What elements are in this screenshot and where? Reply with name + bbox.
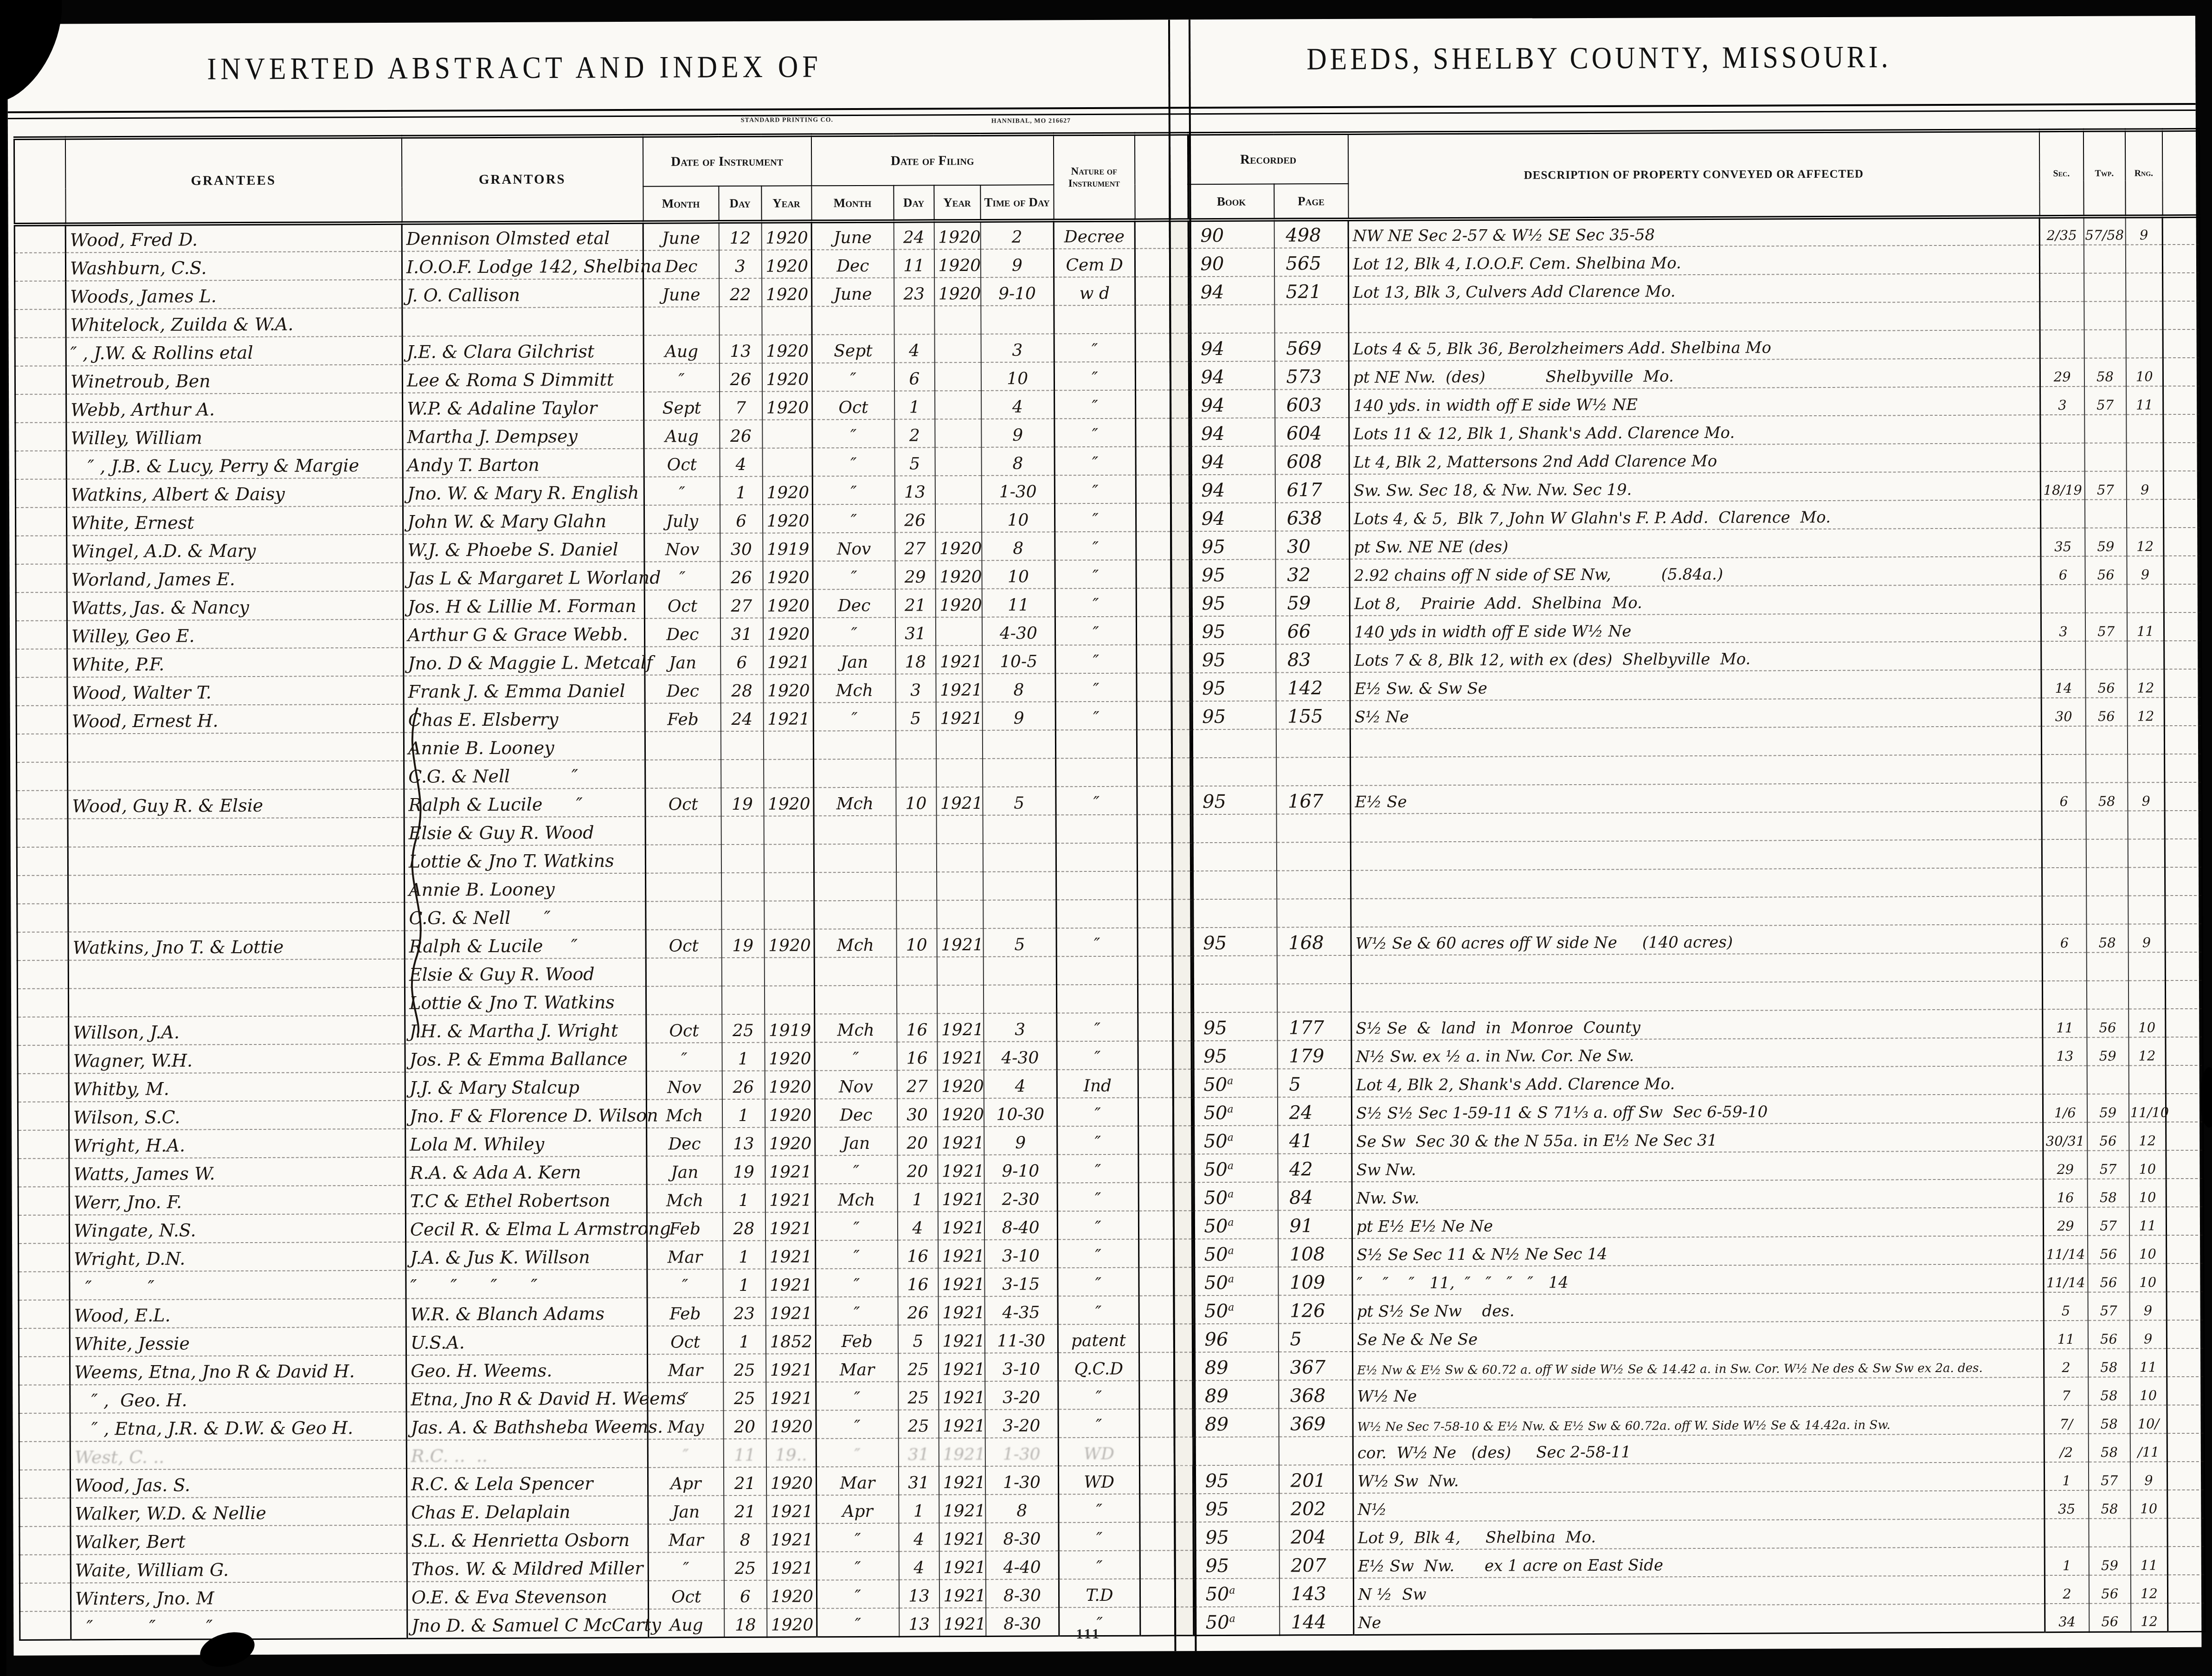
cell-inst-year: 1921 [766,1552,817,1580]
cell-nature [1056,758,1137,787]
cell-grantor: Annie B. Looney [404,732,645,761]
cell-nature: ″ [1055,617,1136,645]
cell-grantor: C.G. & Nell ″ [404,760,645,789]
cell-gutter [1173,1041,1191,1069]
cell-sec: 29 [2043,1151,2087,1179]
cell-file-year: 1921 [938,1240,984,1268]
cell-margin [19,1272,70,1300]
cell-sec: 6 [2042,924,2086,953]
cell-file-month: ″ [813,618,895,646]
cell-margin [15,451,66,479]
cell-page: 202 [1279,1493,1353,1522]
cell-twp [2086,952,2128,980]
cell-rng: 12 [2128,1037,2166,1065]
cell-file-day: 4 [899,1523,939,1551]
cell-tail [2167,1518,2205,1547]
cell-desc: pt Sw. NE NE (des) [1350,528,2041,559]
cell-gutter [1174,1239,1192,1267]
cell-book: 95 [1190,588,1275,617]
cell-inst-month: Jan [645,646,720,675]
cell-file-day: 11 [894,249,934,277]
cell-twp: 59 [2085,528,2127,556]
cell-sec: 2/35 [2039,217,2083,245]
cell-file-year: 1920 [935,589,982,617]
cell-rng: 10 [2130,1490,2167,1518]
cell-desc: Sw Nw. [1352,1151,2043,1182]
cell-inst-year: 1920 [764,787,814,816]
cell-tail [2167,1377,2204,1405]
cell-twp: 58 [2088,1348,2130,1377]
cell-grantor: R.A. & Ada A. Kern [405,1156,647,1186]
page-title-right: DEEDS, SHELBY COUNTY, MISSOURI. [1306,39,1891,77]
ledger-sheet: INVERTED ABSTRACT AND INDEX OF DEEDS, SH… [7,16,2201,1656]
cell-time-of-day: 9 [984,1126,1057,1155]
cell-grantee: Wood, Ernest H. [67,704,404,734]
cell-inst-month: Oct [646,929,721,958]
cell-inst-year: 1920 [762,391,812,419]
cell-twp: 56 [2088,1320,2129,1348]
cell-gutter [1172,758,1190,786]
cell-twp: 56 [2089,1575,2130,1603]
cell-file-year [936,759,983,787]
cell-twp: 59 [2087,1037,2128,1065]
cell-gutter [1172,843,1190,871]
cell-inst-day [721,873,764,901]
cell-blank2 [1135,220,1170,248]
cell-time-of-day: 9 [980,249,1054,277]
cell-file-year [935,504,982,532]
cell-book: 95 [1193,1550,1279,1579]
cell-blank2 [1139,1409,1174,1437]
cell-blank2 [1137,786,1172,814]
cell-time-of-day: 4 [984,1070,1057,1098]
cell-rng [2126,273,2163,301]
cell-rng: 10 [2126,358,2163,386]
cell-grantor: Elsie & Guy R. Wood [405,958,646,987]
cell-sec [2040,443,2084,471]
cell-file-year: 1920 [937,1098,984,1127]
cell-twp [2084,329,2126,358]
cell-tail [2165,867,2202,896]
cell-book [1191,956,1277,985]
cell-inst-year: 1920 [765,1070,815,1099]
cell-book: 95 [1190,531,1275,560]
cell-twp: 56 [2088,1263,2129,1292]
cell-inst-day: 19 [722,1156,765,1184]
cell-tail [2167,1433,2204,1462]
cell-sec [2043,1066,2087,1094]
cell-twp [2087,980,2128,1009]
cell-nature: ″ [1059,1551,1140,1579]
cell-blank2 [1140,1607,1175,1635]
cell-nature: ″ [1059,1522,1140,1551]
cell-grantee: Wingel, A.D. & Mary [67,535,403,564]
cell-nature: ″ [1055,560,1136,589]
cell-desc: pt E½ E½ Ne Ne [1352,1207,2043,1238]
cell-file-year: 1921 [936,645,982,674]
cell-file-year [934,306,981,334]
cell-file-year: 1921 [939,1381,985,1410]
cell-page: 84 [1278,1182,1352,1211]
cell-book [1191,871,1277,900]
cell-tail [2166,1037,2203,1065]
cell-grantee: White, P.F. [67,648,404,677]
cell-grantee: Werr, Jno. F. [69,1186,405,1215]
cell-sec: 2 [2044,1349,2088,1377]
cell-twp [2086,867,2128,896]
cell-time-of-day: 11 [982,588,1055,617]
cell-grantor: U.S.A. [406,1326,647,1355]
cell-file-day: 31 [898,1466,939,1495]
cell-margin [17,932,68,960]
cell-margin [19,1385,70,1413]
cell-file-day: 16 [897,1042,937,1070]
cell-gutter [1173,984,1191,1012]
cell-book: 50a [1192,1154,1278,1183]
cell-time-of-day: 9 [982,702,1055,730]
cell-sec: 29 [2043,1207,2087,1236]
cell-book: 50a [1191,1069,1277,1098]
cell-inst-day: 8 [724,1524,766,1552]
cell-margin [16,649,67,677]
cell-twp: 58 [2084,358,2126,386]
cell-gutter [1171,616,1190,645]
cell-time-of-day: 4 [981,390,1055,419]
cell-nature: ″ [1058,1268,1139,1296]
cell-grantee: Wingate, N.S. [69,1214,405,1244]
cell-time-of-day: 3-10 [985,1353,1058,1381]
cell-grantor: Jas L & Margaret L Worland [403,562,644,591]
cell-book: 50a [1192,1267,1278,1296]
cell-tail [2163,443,2200,471]
header-blank [1134,134,1170,220]
cell-grantee: ″ ″ [70,1270,406,1300]
cell-inst-month: Feb [645,703,720,732]
cell-page [1277,955,1351,984]
cell-gutter [1171,531,1190,560]
cell-tail [2162,216,2199,245]
cell-twp: 56 [2089,1603,2131,1631]
cell-desc [1349,302,2040,333]
cell-file-year [937,957,983,985]
cell-twp: 59 [2087,1094,2128,1122]
cell-inst-day [721,816,764,844]
cell-rng [2128,839,2165,867]
cell-page: 565 [1274,248,1348,277]
cell-rng [2130,1518,2167,1547]
cell-time-of-day: 3-15 [984,1268,1058,1296]
cell-time-of-day: 10 [982,560,1055,589]
cell-time-of-day: 3 [981,334,1054,362]
cell-tail [2163,386,2200,414]
cell-time-of-day [983,871,1056,900]
cell-time-of-day: 8 [982,532,1055,561]
cell-file-month: ″ [815,1155,897,1184]
cell-page: 66 [1275,616,1350,645]
cell-nature [1056,871,1138,900]
cell-book: 95 [1190,560,1275,588]
cell-grantee: Wood, Fred D. [65,223,402,253]
cell-tail [2166,1009,2203,1037]
cell-twp [2086,811,2128,839]
cell-page: 30 [1275,531,1350,560]
cell-blank2 [1140,1579,1175,1607]
cell-file-year [934,334,981,362]
cell-page: 368 [1279,1380,1353,1409]
cell-file-year: 1921 [939,1523,985,1551]
cell-grantee: Wagner, W.H. [69,1044,405,1074]
cell-inst-day: 6 [720,646,763,675]
cell-time-of-day: 11-30 [984,1324,1058,1353]
cell-blank2 [1138,1211,1173,1239]
cell-grantor: O.E. & Eva Stevenson [407,1581,648,1610]
cell-gutter [1174,1267,1192,1296]
cell-file-year: 1921 [939,1608,986,1636]
cell-tail [2164,612,2201,641]
table-header: GRANTEES GRANTORS Date of Instrument Dat… [14,130,2199,225]
cell-page [1277,984,1351,1012]
cell-blank2 [1135,361,1170,390]
cell-inst-month: Mar [648,1524,724,1553]
cell-grantee: Waite, William G. [71,1554,407,1583]
cell-twp [2084,273,2126,301]
cell-page: 32 [1275,559,1350,588]
cell-nature: ″ [1056,786,1137,815]
cell-file-year: 1921 [939,1579,985,1608]
cell-tail [2164,499,2201,528]
cell-inst-month: Nov [646,1071,722,1100]
cell-rng: 12 [2131,1603,2168,1631]
cell-nature: patent [1058,1324,1139,1353]
cell-grantor: I.O.O.F. Lodge 142, Shelbina [402,251,643,280]
cell-file-month: Dec [813,589,895,618]
cell-blank2 [1136,418,1170,446]
cell-inst-day [721,901,764,929]
cell-book [1190,843,1276,871]
cell-grantee [68,987,405,1017]
cell-page: 109 [1278,1267,1352,1296]
cell-grantee: Wilson, S.C. [69,1101,405,1130]
cell-inst-month: Oct [647,1326,723,1354]
cell-sec: 3 [2040,387,2084,415]
cell-gutter [1175,1550,1193,1579]
cell-sec [2045,1519,2089,1547]
cell-inst-year: 1920 [764,929,814,957]
cell-page: 126 [1278,1295,1352,1324]
cell-inst-month: Dec [647,1128,722,1156]
cell-sec: 3 [2041,613,2085,641]
cell-tail [2165,754,2202,782]
cell-time-of-day: 10-5 [982,645,1055,674]
cell-grantor: J.J. & Mary Stalcup [405,1071,646,1101]
cell-grantee: Worland, James E. [67,563,403,593]
cell-file-month: Mar [816,1354,898,1382]
cell-page: 498 [1274,219,1348,248]
cell-nature: ″ [1055,532,1136,561]
cell-file-year [934,362,981,391]
cell-gutter [1174,1380,1193,1409]
cell-grantor: Ralph & Lucile ″ [405,930,646,959]
cell-blank2 [1140,1465,1175,1494]
cell-grantee [68,902,405,932]
cell-inst-day: 20 [723,1411,766,1439]
cell-book: 94 [1189,333,1274,362]
cell-inst-day: 1 [722,1043,765,1071]
cell-inst-year [764,844,814,872]
cell-inst-month: ″ [648,1552,724,1581]
cell-page: 155 [1276,701,1350,729]
cell-tail [2166,1207,2203,1235]
cell-time-of-day: 3-10 [984,1239,1058,1268]
cell-inst-year: 1920 [766,1467,816,1495]
cell-grantee [68,874,405,904]
page-number: 111 [1076,1626,1101,1642]
cell-desc: pt NE Nw. (des) Shelbyville Mo. [1349,358,2040,389]
cell-twp: 58 [2086,782,2128,811]
cell-tail [2166,1094,2203,1122]
cell-twp: 56 [2087,1122,2129,1150]
cell-blank2 [1138,928,1172,956]
cell-rng: 12 [2129,1122,2166,1150]
cell-grantee: ″ , Etna, J.R. & D.W. & Geo H. [70,1412,406,1442]
cell-rng [2126,329,2163,358]
cell-book: 89 [1193,1380,1279,1409]
cell-inst-year: 1921 [765,1269,816,1297]
cell-file-month: ″ [817,1552,899,1580]
cell-time-of-day: 2-30 [984,1183,1057,1212]
subheader-page: Page [1274,184,1348,220]
cell-file-day: 27 [897,1070,937,1098]
cell-inst-month [646,958,721,986]
cell-desc: Lots 11 & 12, Blk 1, Shank's Add. Claren… [1349,415,2040,446]
cell-tail [2165,896,2202,924]
cell-page: 617 [1275,474,1349,503]
cell-file-month [812,306,894,335]
cell-book: 94 [1189,475,1275,503]
cell-sec: 18/19 [2040,471,2084,500]
cell-gutter [1171,729,1190,758]
cell-blank2 [1136,503,1171,531]
cell-margin [16,677,67,706]
cell-desc [1351,896,2042,927]
cell-grantor: R.C. & Lela Spencer [406,1468,648,1497]
cell-inst-month [645,760,721,788]
cell-file-month [814,759,896,788]
cell-inst-year: 1921 [763,646,813,674]
cell-file-month [814,957,896,986]
cell-book [1190,729,1276,758]
cell-file-month: ″ [817,1580,899,1609]
cell-inst-day: 25 [724,1552,766,1580]
cell-file-month [814,986,896,1014]
cell-file-year [936,844,983,872]
cell-time-of-day: 5 [983,786,1056,815]
cell-inst-day: 26 [719,363,762,392]
cell-gutter [1171,645,1190,673]
cell-inst-day: 1 [723,1269,765,1297]
cell-margin [16,564,67,593]
cell-tail [2163,301,2200,329]
cell-file-year [935,617,982,645]
cell-file-year: 1920 [934,221,980,249]
cell-page: 207 [1279,1550,1353,1579]
cell-margin [14,253,65,281]
cell-margin [18,1074,69,1102]
cell-inst-day: 24 [720,703,763,731]
cell-page: 179 [1277,1040,1351,1069]
cell-inst-year: 1920 [765,1099,815,1127]
cell-file-year: 1921 [939,1466,985,1495]
cell-nature: Ind [1057,1070,1138,1098]
cell-inst-year [764,957,814,986]
cell-sec [2040,302,2084,330]
cell-grantee: Watkins, Albert & Daisy [66,478,403,508]
cell-file-year: 1921 [938,1268,984,1296]
cell-file-day: 20 [897,1127,938,1155]
header-date-of-instrument: Date of Instrument [643,135,811,186]
cell-inst-year: 1920 [762,363,812,391]
header-tail [2162,130,2199,216]
cell-rng [2128,811,2165,839]
cell-gutter [1173,1182,1192,1211]
cell-margin [18,1102,69,1130]
cell-tail [2168,1603,2205,1631]
cell-file-year: 1920 [937,1070,984,1098]
cell-page: 108 [1278,1238,1352,1267]
cell-inst-year: 1852 [765,1325,816,1354]
cell-page [1279,1437,1353,1465]
cell-rng: 9 [2129,1292,2167,1320]
cell-grantor: J.E. & Clara Gilchrist [402,335,643,365]
cell-time-of-day: 9-10 [981,277,1054,306]
cell-file-year [937,900,983,928]
cell-time-of-day [983,843,1056,872]
cell-gutter [1175,1522,1193,1550]
subheader-inst-day: Day [719,186,761,222]
cell-sec: 1 [2045,1547,2089,1575]
deed-index-table: GRANTEES GRANTORS Date of Instrument Dat… [13,128,2206,1641]
cell-nature: ″ [1058,1239,1139,1268]
cell-inst-day: 19 [721,929,764,958]
cell-file-day: 16 [898,1268,938,1296]
cell-tail [2164,669,2201,697]
cell-grantor: Lottie & Jno T. Watkins [405,986,646,1016]
cell-rng [2128,980,2166,1009]
cell-gutter [1174,1409,1193,1437]
cell-nature: ″ [1057,1154,1138,1183]
cell-grantee [68,959,405,989]
cell-file-day [895,730,936,759]
cell-margin [15,423,66,451]
cell-grantor: Martha J. Dempsey [403,420,644,450]
cell-sec: 5 [2044,1292,2088,1321]
cell-gutter [1174,1352,1193,1380]
cell-page: 142 [1276,672,1350,701]
cell-blank2 [1138,1126,1173,1154]
cell-desc: S½ S½ Sec 1-59-11 & S 71⅓ a. off Sw Sec … [1351,1094,2043,1125]
cell-page [1276,842,1350,871]
cell-desc: cor. W½ Ne (des) Sec 2-58-11 [1353,1434,2044,1465]
cell-file-month: ″ [816,1382,898,1411]
cell-desc: 140 yds. in width off E side W½ NE [1349,387,2040,418]
cell-nature [1056,900,1138,928]
cell-margin [15,394,66,423]
cell-inst-month: Feb [647,1297,723,1326]
cell-page: 83 [1276,644,1350,673]
cell-grantor: Elsie & Guy R. Wood [404,817,645,846]
cell-nature: WD [1059,1466,1140,1495]
cell-sec: 30/31 [2043,1122,2087,1151]
